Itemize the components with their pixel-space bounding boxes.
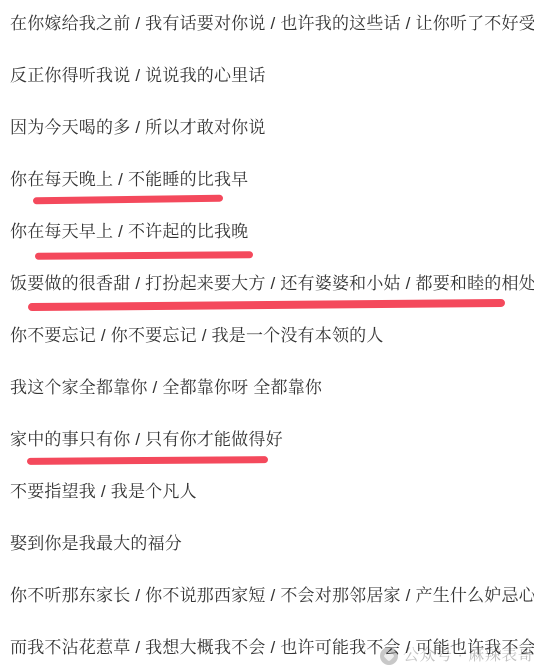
lyric-line: 你不听那东家长 / 你不说那西家短 / 不会对那邻居家 / 产生什么妒忌心 — [10, 585, 528, 607]
lyric-line: 你在每天早上 / 不许起的比我晚 — [10, 221, 528, 243]
lyric-line: 家中的事只有你 / 只有你才能做得好 — [10, 429, 528, 451]
lyric-line: 你不要忘记 / 你不要忘记 / 我是一个没有本领的人 — [10, 325, 528, 347]
lyric-line: 不要指望我 / 我是个凡人 — [10, 481, 528, 503]
lyric-line: 在你嫁给我之前 / 我有话要对你说 / 也许我的这些话 / 让你听了不好受 — [10, 13, 528, 35]
lyric-line: 饭要做的很香甜 / 打扮起来要大方 / 还有婆婆和小姑 / 都要和睦的相处 — [10, 273, 528, 295]
lyric-line: 我这个家全都靠你 / 全都靠你呀 全都靠你 — [10, 377, 528, 399]
lyric-line: 娶到你是我最大的福分 — [10, 533, 528, 555]
lyric-line: 而我不沾花惹草 / 我想大概我不会 / 也许可能我不会 / 可能也许我不会 — [10, 637, 528, 659]
lyric-line: 因为今天喝的多 / 所以才敢对你说 — [10, 117, 528, 139]
article-page: 公众号 · 麻辣表哥 在你嫁给我之前 / 我有话要对你说 / 也许我的这些话 /… — [0, 0, 534, 668]
lyrics-container: 在你嫁给我之前 / 我有话要对你说 / 也许我的这些话 / 让你听了不好受 反正… — [0, 0, 534, 659]
lyric-line: 反正你得听我说 / 说说我的心里话 — [10, 65, 528, 87]
lyric-line: 你在每天晚上 / 不能睡的比我早 — [10, 169, 528, 191]
